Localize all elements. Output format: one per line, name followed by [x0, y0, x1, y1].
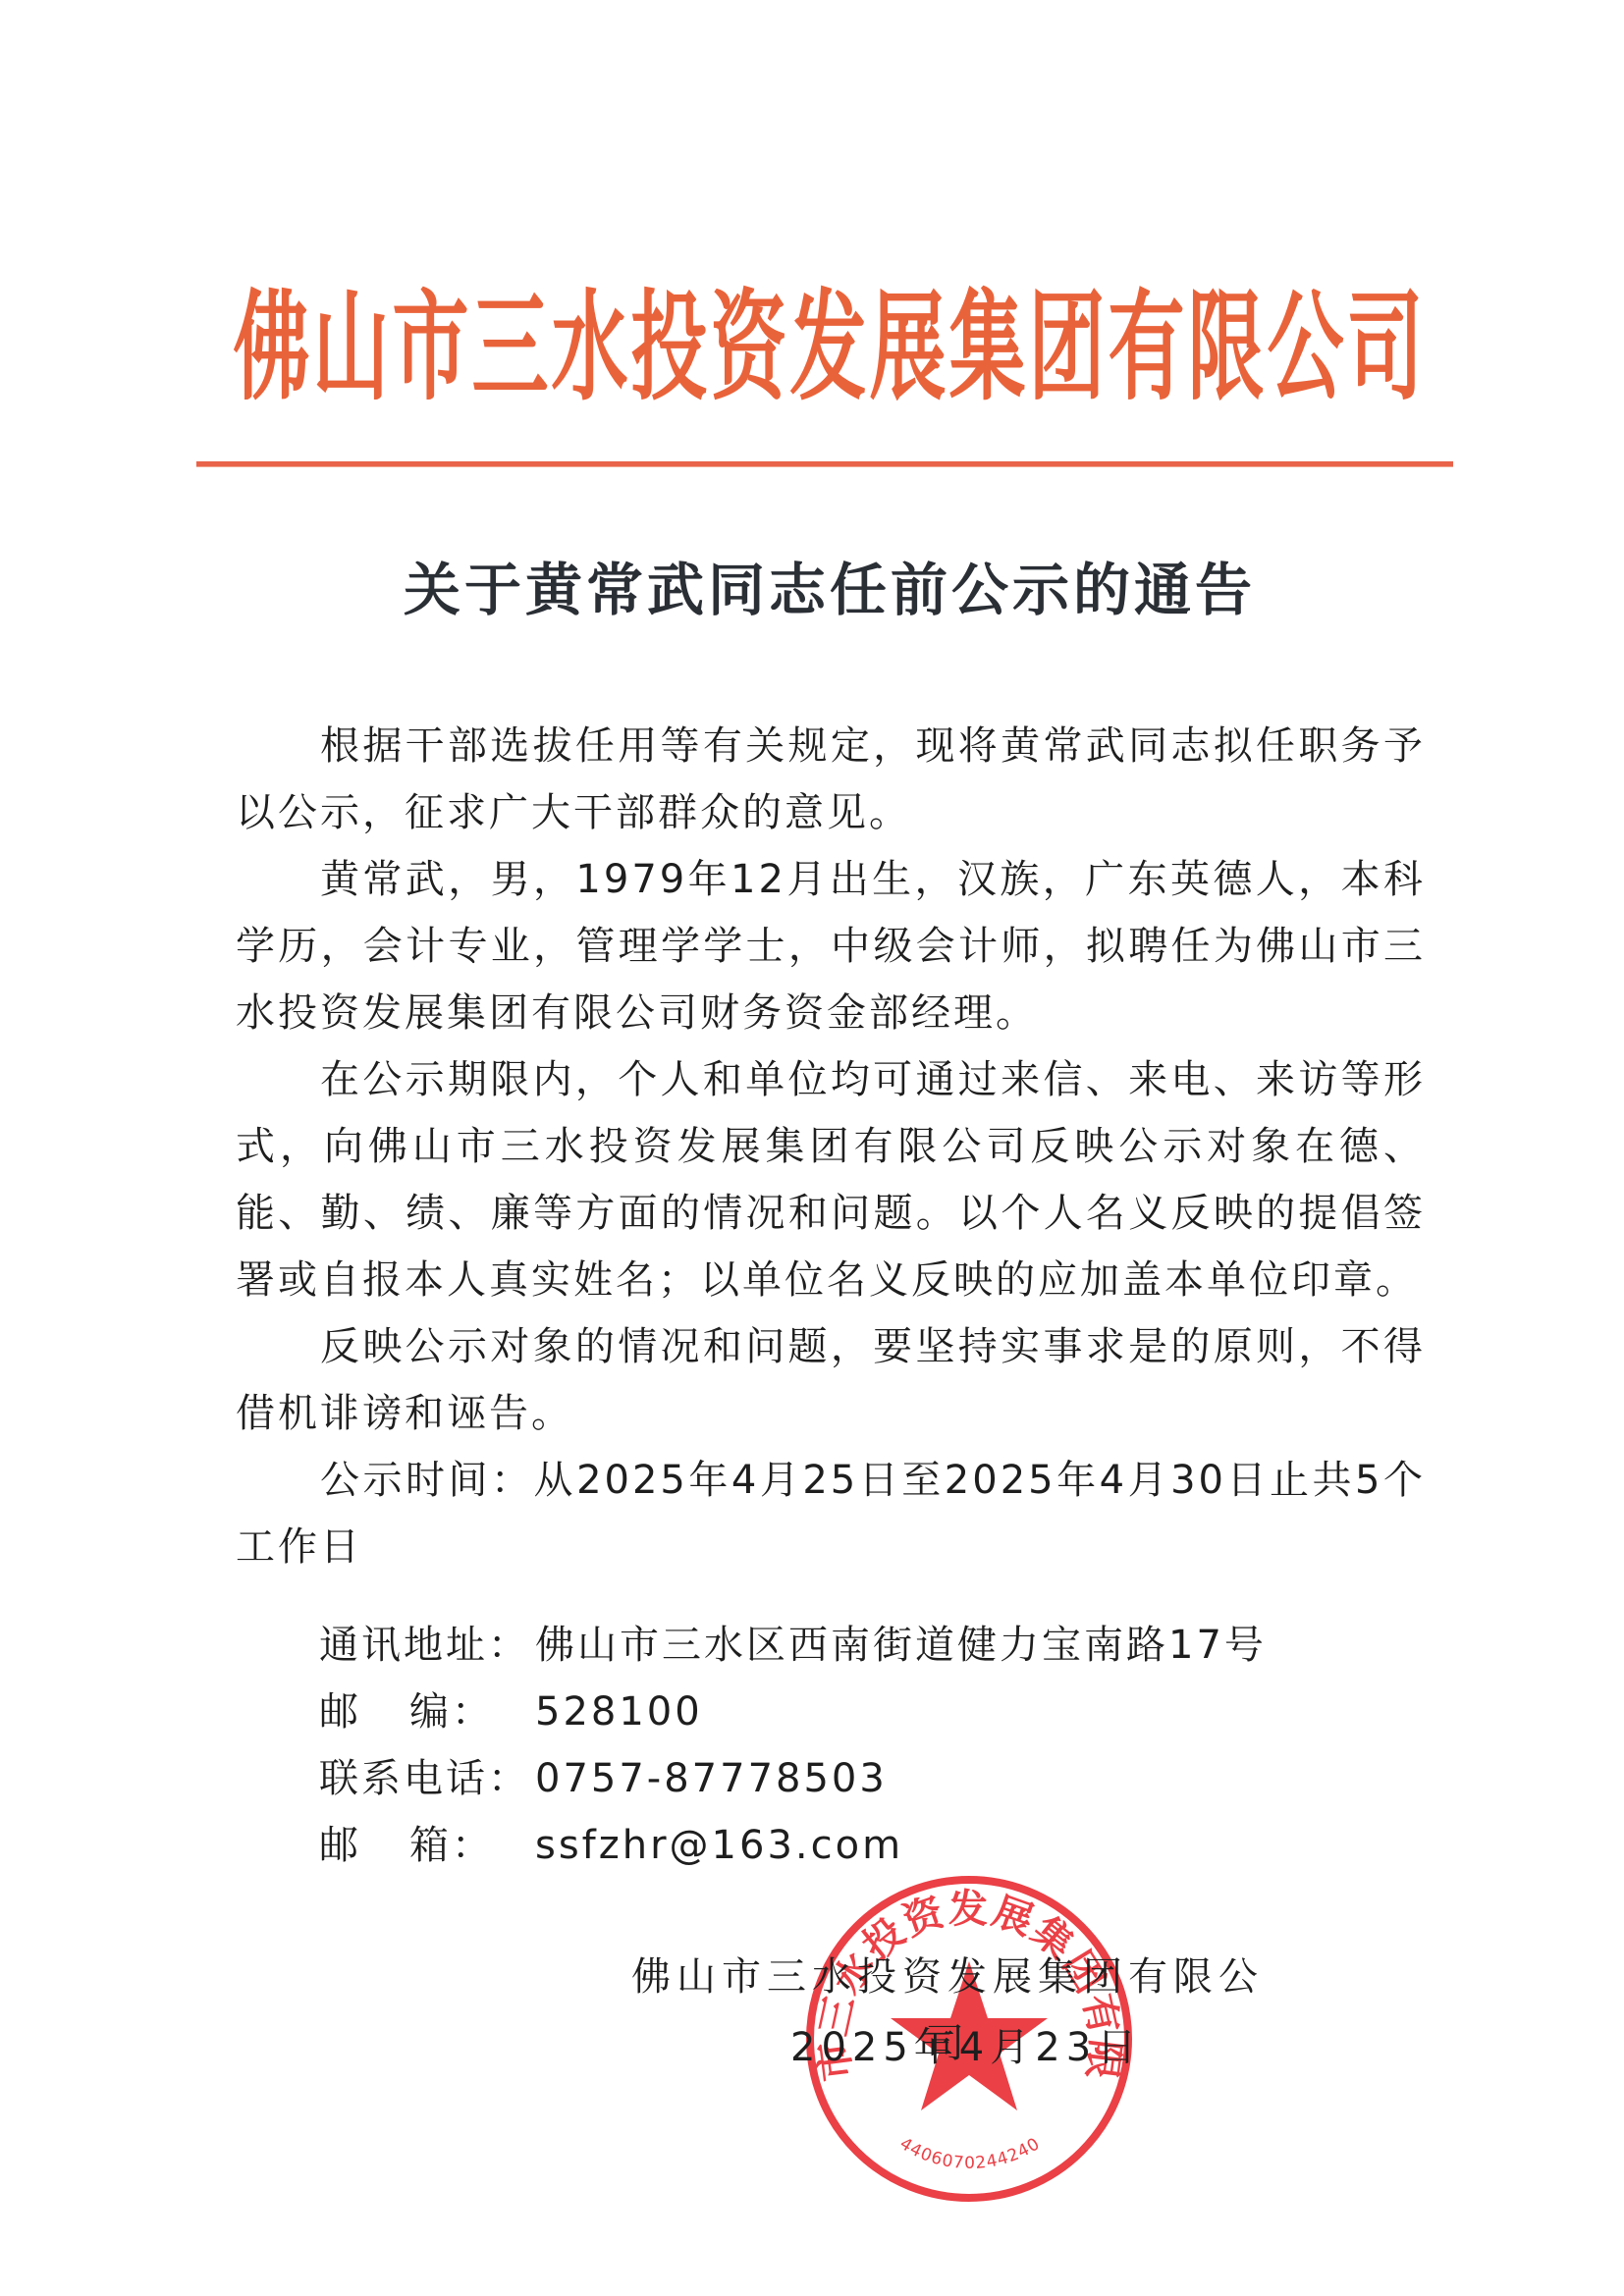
document-body: 根据干部选拔任用等有关规定，现将黄常武同志拟任职务予以公示，征求广大干部群众的意… — [236, 713, 1426, 1580]
letterhead-char: 三 — [470, 290, 550, 408]
contact-postcode-row: 邮 编： 528100 — [319, 1679, 1267, 1745]
letterhead-char: 水 — [550, 290, 629, 408]
contact-phone-row: 联系电话： 0757-87778503 — [319, 1745, 1267, 1812]
contact-info: 通讯地址： 佛山市三水区西南街道健力宝南路17号 邮 编： 528100 联系电… — [319, 1612, 1267, 1879]
email-value: ssfzhr@163.com — [535, 1812, 903, 1879]
letterhead-org-name: 佛 山 市 三 水 投 资 发 展 集 团 有 限 公 司 — [232, 285, 1425, 412]
paragraph-principle: 反映公示对象的情况和问题，要坚持实事求是的原则，不得借机诽谤和诬告。 — [236, 1313, 1426, 1447]
letterhead-char: 司 — [1345, 290, 1425, 408]
letterhead-char: 有 — [1107, 290, 1186, 408]
seal-number: 4406070244240 — [896, 2134, 1044, 2173]
letterhead-char: 市 — [391, 290, 470, 408]
letterhead-char: 团 — [1027, 290, 1107, 408]
paragraph-feedback-channels: 在公示期限内，个人和单位均可通过来信、来电、来访等形式，向佛山市三水投资发展集团… — [236, 1046, 1426, 1313]
letterhead-char: 集 — [947, 290, 1027, 408]
postcode-label: 邮 编： — [319, 1679, 494, 1745]
address-label: 通讯地址： — [319, 1612, 535, 1679]
phone-label: 联系电话： — [319, 1745, 535, 1812]
contact-email-row: 邮 箱： ssfzhr@163.com — [319, 1812, 1267, 1879]
document-page: 佛 山 市 三 水 投 资 发 展 集 团 有 限 公 司 关于黄常武同志任前公… — [0, 0, 1624, 2296]
paragraph-notice-period: 公示时间：从2025年4月25日至2025年4月30日止共5个工作日 — [236, 1447, 1426, 1580]
letterhead-divider — [196, 461, 1453, 467]
paragraph-intro: 根据干部选拔任用等有关规定，现将黄常武同志拟任职务予以公示，征求广大干部群众的意… — [236, 713, 1426, 846]
letterhead-char: 公 — [1266, 290, 1345, 408]
letterhead-char: 资 — [709, 290, 788, 408]
email-label: 邮 箱： — [319, 1812, 494, 1879]
phone-value: 0757-87778503 — [535, 1745, 888, 1812]
letterhead-char: 佛 — [232, 290, 311, 408]
letterhead-char: 山 — [311, 290, 391, 408]
paragraph-candidate-profile: 黄常武，男，1979年12月出生，汉族，广东英德人，本科学历，会计专业，管理学学… — [236, 846, 1426, 1046]
contact-address-row: 通讯地址： 佛山市三水区西南街道健力宝南路17号 — [319, 1612, 1267, 1679]
svg-text:4406070244240: 4406070244240 — [896, 2134, 1044, 2173]
postcode-value: 528100 — [535, 1679, 703, 1745]
letterhead-char: 限 — [1186, 290, 1266, 408]
signature-date: 2025年4月23日 — [790, 2014, 1142, 2081]
letterhead-char: 发 — [788, 290, 868, 408]
address-value: 佛山市三水区西南街道健力宝南路17号 — [535, 1612, 1267, 1679]
letterhead-char: 投 — [629, 290, 709, 408]
document-title: 关于黄常武同志任前公示的通告 — [373, 555, 1286, 625]
letterhead-char: 展 — [868, 290, 947, 408]
